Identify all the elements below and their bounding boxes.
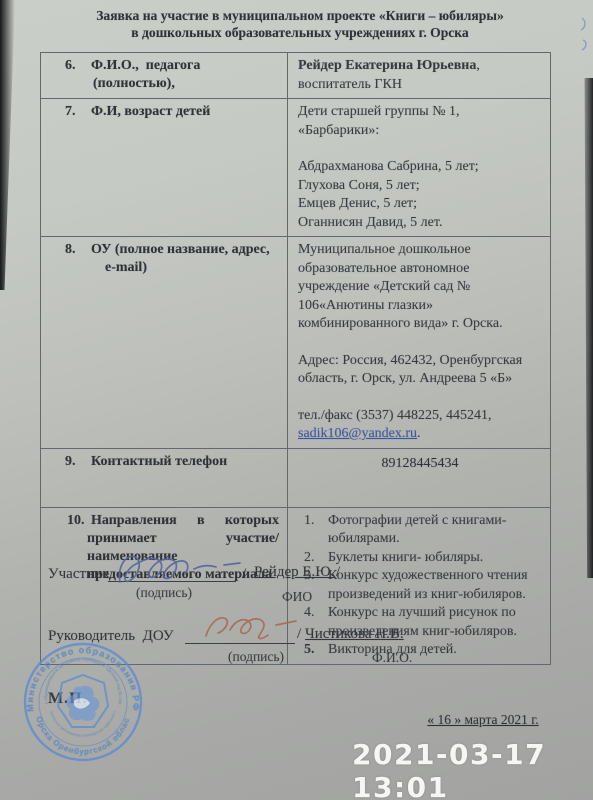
item-text: Конкурс художественного чтения произведе… [328, 567, 542, 604]
institution-email-line: sadik106@yandex.ru. [298, 425, 542, 444]
camera-timestamp: 2021-03-17 13:01 [352, 738, 593, 800]
blank-line [298, 334, 542, 352]
participant-signature-ink [112, 548, 252, 590]
material-item: 2.Буклеты книги- юбиляры. [298, 549, 542, 568]
row-number: 7. [65, 103, 91, 121]
row7-label: Ф.И, возраст детей [91, 104, 210, 119]
table-row: 7.Ф.И, возраст детей Дети старшей группы… [41, 99, 550, 237]
head-name-caption: Ф.И.О. [372, 650, 412, 666]
title-line-1: Заявка на участие в муниципальном проект… [30, 7, 570, 24]
participant-slash-after: / [336, 564, 340, 581]
row6-label: Ф.И.О., педагога (полностью), [91, 58, 204, 91]
teacher-name: Рейдер Екатерина Юрьевна [298, 58, 476, 73]
head-name: Чистикова Н.В. [305, 626, 404, 643]
participant-slash-before: / [242, 566, 246, 583]
row9-label: Контактный телефон [91, 454, 227, 469]
institution-name: Муниципальное дошкольное образовательное… [298, 241, 542, 334]
row9-label-cell: 9.Контактный телефон [41, 449, 288, 507]
participant-role-label: Участник [48, 566, 109, 583]
paper-sheet: Заявка на участие в муниципальном проект… [0, 0, 593, 800]
table-row: 8.ОУ (полное название, адрес, e-mail) Му… [41, 237, 550, 449]
row7-label-cell: 7.Ф.И, возраст детей [41, 99, 288, 236]
row9-value-cell: 89128445434 [288, 449, 550, 507]
row-number: 8. [65, 241, 91, 259]
edge-pen-marks [578, 14, 592, 54]
participant-name-caption: ФИО [282, 589, 312, 605]
institution-phone: тел./факс (3537) 448225, 445241, [298, 407, 542, 426]
row7-value-cell: Дети старшей группы № 1, «Барбарики»: Аб… [288, 99, 550, 236]
row6-value-cell: Рейдер Екатерина Юрьевна, воспитатель ГК… [288, 53, 550, 98]
institution-address: Адрес: Россия, 462432, Оренбургская обла… [298, 352, 542, 389]
material-item: 1.Фотографии детей с книгами-юбилярами. [298, 512, 542, 549]
document-date: « 16 » марта 2021 г. [410, 712, 556, 728]
child-name: Глухова Соня, 5 лет; [298, 177, 542, 196]
child-name: Оганнисян Давид, 5 лет. [298, 214, 542, 233]
item-number: 1. [298, 512, 328, 549]
row-number: 9. [65, 453, 91, 471]
official-round-stamp: Министерство образования РФ г. Орска Оре… [8, 627, 158, 777]
table-row: 9.Контактный телефон 89128445434 [41, 449, 550, 508]
group-intro: Дети старшей группы № 1, «Барбарики»: [298, 103, 542, 140]
blank-line [298, 140, 542, 158]
head-sign-caption: (подпись) [228, 649, 284, 665]
material-item: 5.Викторина для детей. [298, 641, 542, 660]
row8-label-line2: e-mail) [53, 259, 279, 277]
title-line-2: в дошкольных образовательных учреждениях… [30, 24, 570, 41]
row6-label-cell: 6.Ф.И.О., педагога (полностью), [41, 53, 288, 98]
child-name: Абдрахманова Сабрина, 5 лет; [298, 158, 542, 177]
row8-label: ОУ (полное название, адрес, [91, 242, 270, 257]
participant-sign-caption: (подпись) [136, 585, 192, 601]
head-slash-after: / [392, 626, 396, 643]
blank-line [298, 389, 542, 407]
head-slash-before: / [297, 626, 301, 643]
item-text: Буклеты книги- юбиляры. [328, 549, 483, 568]
document-photo: Заявка на участие в муниципальном проект… [0, 0, 593, 800]
document-title: Заявка на участие в муниципальном проект… [30, 7, 570, 41]
email-suffix: . [417, 426, 421, 441]
email-link: sadik106@yandex.ru [298, 426, 417, 441]
item-text: Фотографии детей с книгами-юбилярами. [328, 512, 542, 549]
material-item: 3.Конкурс художественного чтения произве… [298, 567, 542, 604]
contact-phone: 89128445434 [298, 453, 542, 474]
row-number: 6. [65, 57, 91, 75]
child-name: Емцев Денис, 5 лет; [298, 195, 542, 214]
row-number: 10. [67, 512, 91, 530]
table-row: 6.Ф.И.О., педагога (полностью), Рейдер Е… [41, 53, 550, 99]
participant-name: Рейдер Е.Ю. [254, 564, 334, 581]
head-signature-ink [200, 608, 310, 646]
row8-value-cell: Муниципальное дошкольное образовательное… [288, 237, 550, 448]
row8-label-cell: 8.ОУ (полное название, адрес, e-mail) [41, 237, 288, 448]
